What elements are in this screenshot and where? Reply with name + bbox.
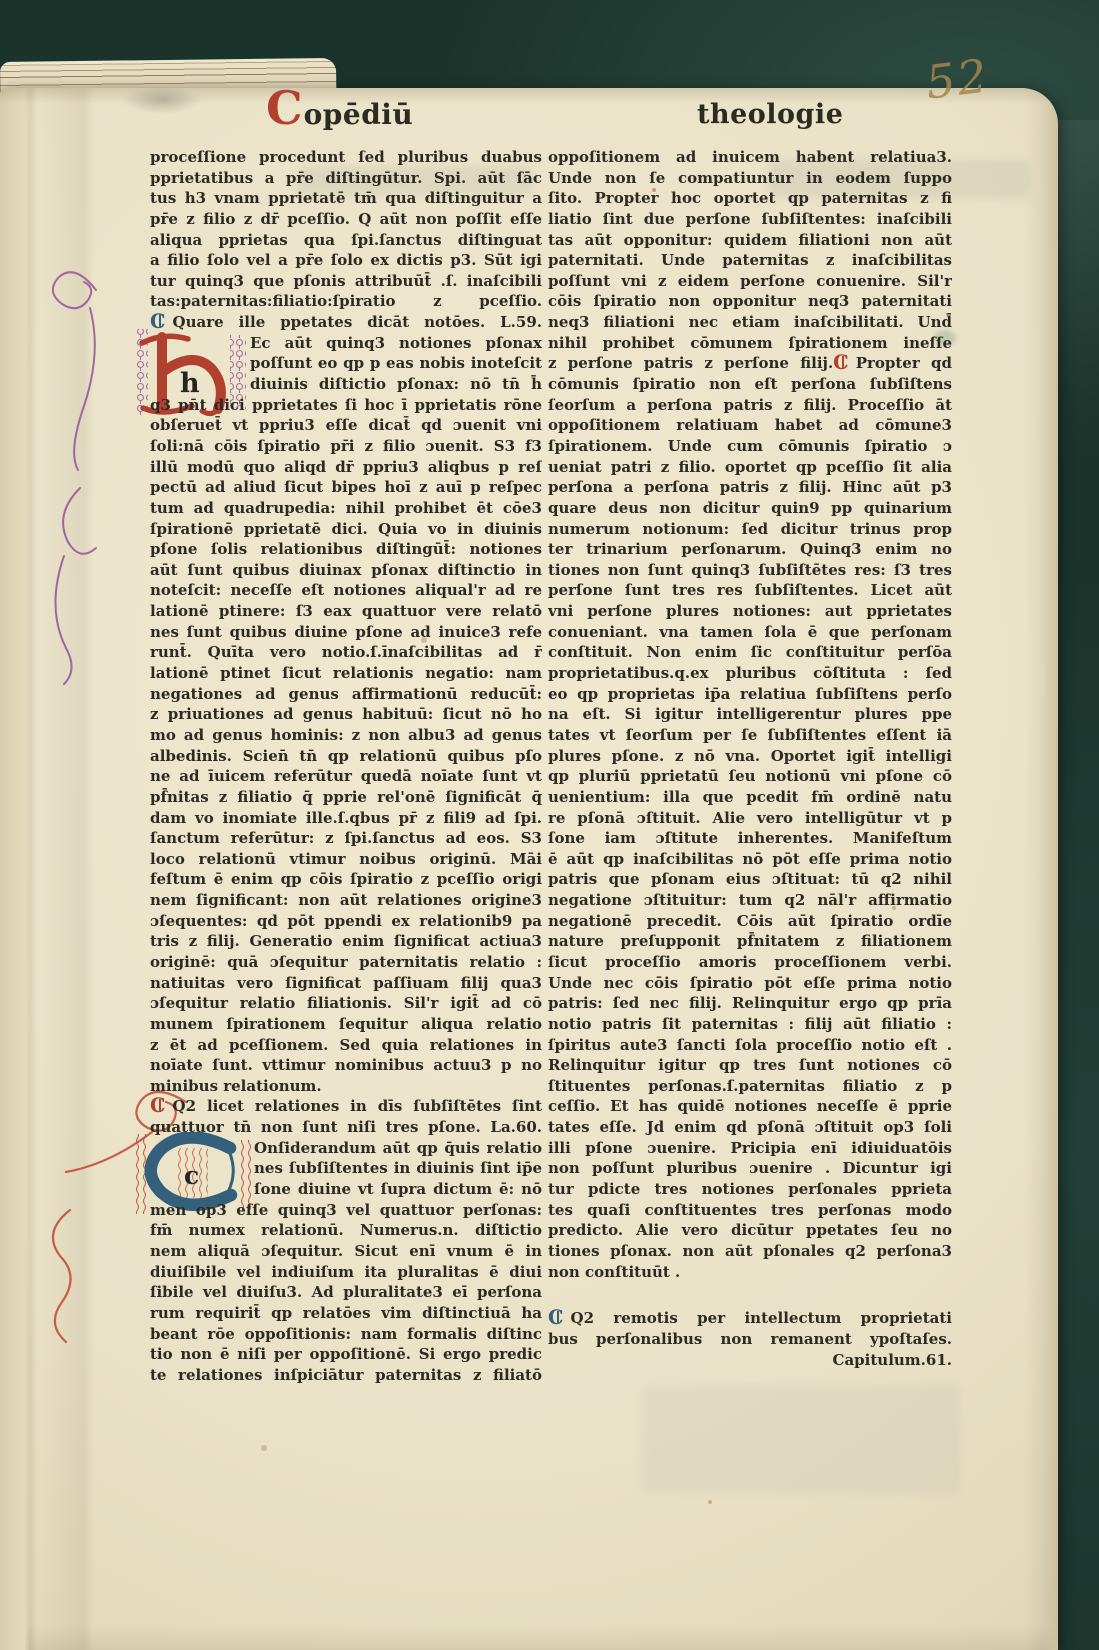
- margin-flourish-purple: [44, 256, 154, 686]
- text-line: te relationes inſpiciātur paternitas z f…: [150, 1365, 542, 1386]
- text-line: z ēt ad pceſſionem. Sed quia relationes …: [150, 1035, 542, 1056]
- left-text-column: proceſſione procedunt ſed pluribus duabu…: [150, 147, 542, 1385]
- text-line: Onſiderandum aūt qp q̄uis relatio: [150, 1138, 542, 1159]
- text-line: conueniant. vna tamen ſola ē que perſona…: [548, 622, 952, 643]
- paragraph-mark-icon: C: [548, 1310, 564, 1326]
- text-line: neq3 filiationi nec etiam inaſcibilitati…: [548, 312, 952, 333]
- text-line: aūt ſunt quibus diuinax pſonax diſtincti…: [150, 560, 542, 581]
- text-line: beant rōe oppoſitionis: nam formalis diſ…: [150, 1324, 542, 1345]
- text-line: fm̄ numex relationū. Numerus.n. diſticti…: [150, 1220, 542, 1241]
- text-line: z perſone patris z perſone filij.CPropte…: [548, 353, 952, 374]
- text-line: oppoſitionem relatiuam habet ad cōmune3: [548, 415, 952, 436]
- text-line: noīate ſunt. vttimur nominibus actuu3 p …: [150, 1055, 542, 1076]
- text-line: obſeruet̄ vt ppriu3 eſſe dicat̄ qd ɔueni…: [150, 415, 542, 436]
- text-line: CQuare ille ppetates dicāt notōes. L.59.: [150, 312, 542, 333]
- text-line: ſanctum referūtur: z ſpi.ſanctus ad eos.…: [150, 828, 542, 849]
- text-line: ſicut proceſſio amoris proceſſionem verb…: [548, 952, 952, 973]
- text-line: diuiſibile vel indiuiſum ita pluralitas …: [150, 1262, 542, 1283]
- text-line: ſibile vel diuiſu3. Ad pluralitate3 eī p…: [150, 1282, 542, 1303]
- text-line: Ec aūt quinq3 notiones pſonax dici: [150, 333, 542, 354]
- text-line: ceſſio. Et has quidē notiones neceſſe ē …: [548, 1096, 952, 1117]
- text-line: men op3 eſſe quinq3 vel quattuor perſona…: [150, 1200, 542, 1221]
- text-line: pectū ad aliud ſicut bipes hoī z auī p r…: [150, 477, 542, 498]
- text-line: bus perſonalibus non remanent ypoſtaſes.: [548, 1329, 952, 1350]
- text-block: men op3 eſſe quinq3 vel quattuor perſona…: [150, 1200, 542, 1386]
- text-line: re pſonā ɔſtituit. Alie vero intelligūtu…: [548, 808, 952, 829]
- text-line: nem ſignificant: non aūt relationes orig…: [150, 890, 542, 911]
- text-line: perſona a perſona patris z filij. Hinc a…: [548, 477, 952, 498]
- text-line: pf̄nitas z filiatio q̄ pprie rel'onē ſig…: [150, 787, 542, 808]
- text-line: ne ad īuicem referūtur quedā noīate ſunt…: [150, 766, 542, 787]
- text-line: lationē ptinere: ſ3 eax quattuor vere re…: [150, 601, 542, 622]
- text-line: dam vo inomiate ille.ſ.qbus pr̄ z fili9 …: [150, 808, 542, 829]
- text-line: ſoli:nā cōis ſpiratio pr̄i z filio ɔueni…: [150, 436, 542, 457]
- text-line: ſpiritus aute3 ſancti ſola proceſſio not…: [548, 1035, 952, 1056]
- text-line: perſone ſunt tres res ſubſiſtentes. Lice…: [548, 580, 952, 601]
- text-line: paternitati. Unde paternitas z inaſcibil…: [548, 250, 952, 271]
- text-line: qp pluriū pprietatū ſeu notionū vni pſon…: [548, 766, 952, 787]
- text-line: lationē ptinet ſicut relationis negatio:…: [150, 663, 542, 684]
- text-line: tes quaſi conſtituentes tres perſonas mo…: [548, 1200, 952, 1221]
- text-line: tates vt ſeorſum per ſe ſubſiſtentes eſſ…: [548, 725, 952, 746]
- text-line: notio patris ſit paternitas : filij aūt …: [548, 1014, 952, 1035]
- running-title-left-text: opēdiū: [304, 98, 414, 131]
- text-line: ɔſequentes: qd pōt ppendi ex relationib9…: [150, 911, 542, 932]
- paragraph-mark-icon: C: [833, 355, 849, 371]
- text-line: tas:paternitas:filiatio:ſpiratio z pceſſ…: [150, 291, 542, 312]
- text-line: tus h3 vnam pprietatē tm̄ qua diſtinguit…: [150, 188, 542, 209]
- paragraph-mark-icon: C: [150, 1098, 166, 1114]
- text-line: proceſſione procedunt ſed pluribus duabu…: [150, 147, 542, 168]
- text-line: pprietatibus a pr̄e diſtingūtur. Spi. aū…: [150, 168, 542, 189]
- text-line: ɔſequitur relatio filiationis. Sil'r igi…: [150, 993, 542, 1014]
- text-line: tur quinq3 que pſonis attribuūt̄ .ſ. ina…: [150, 271, 542, 292]
- text-line: albedinis. Scien̄ tn̄ qp relationū quibu…: [150, 746, 542, 767]
- text-line: rum requirit̄ qp relatōes vim diſtinctiu…: [150, 1303, 542, 1324]
- text-line: natiuitas vero ſignificat paſſiuam filij…: [150, 973, 542, 994]
- text-line: ſtituentes perſonas.ſ.paternitas filiati…: [548, 1076, 952, 1097]
- text-line: q3 pn̄t dici pprietates ſi hoc ī pprieta…: [150, 395, 542, 416]
- text-line: vni perſone plures notiones: aut pprieta…: [548, 601, 952, 622]
- background-sheen: [1055, 120, 1099, 720]
- text-line: nihil prohibet cōmunem ſpirationem ineſſ…: [548, 333, 952, 354]
- running-title-left: C opēdiū: [266, 88, 413, 131]
- text-line: munem ſpirationem ſequitur aliqua relati…: [150, 1014, 542, 1035]
- text-line: illi pſone ɔuenire. Pricipia enī idiuidu…: [548, 1138, 952, 1159]
- text-line: pſone ſolis relationibus diſtingūt̄: not…: [150, 539, 542, 560]
- text-line: Unde nec cōis ſpiratio pōt eſſe prima no…: [548, 973, 952, 994]
- text-line: noteſcit: neceſſe eſt notiones aliqual'r…: [150, 580, 542, 601]
- text-line: pr̄e z filio z dr̄ pceſſio. Q aūt non po…: [150, 209, 542, 230]
- text-line: cōmunis ſpiratio non eſt perſona ſubſiſt…: [548, 374, 952, 395]
- text-line: ſeorſum a perſona patris z filij. Proceſ…: [548, 395, 952, 416]
- running-title-right: theologie: [697, 99, 843, 130]
- text-line: negationē precedit. Cōis aūt ſpiratio or…: [548, 911, 952, 932]
- text-line: non conſtituūt .: [548, 1262, 952, 1283]
- right-text-column: oppoſitionem ad inuicem habent relatiua3…: [548, 147, 952, 1370]
- text-line: quattuor tn̄ non ſunt niſi tres pſone. L…: [150, 1117, 542, 1138]
- text-line: negatione ɔſtituitur: tum q2 nāl'r affir…: [548, 890, 952, 911]
- text-line: runt̄. Quīta vero notio.ſ.īnaſcibilitas …: [150, 642, 542, 663]
- text-block: q3 pn̄t dici pprietates ſi hoc ī pprieta…: [150, 395, 542, 1097]
- text-line: numerum notionum: ſed dicitur trinus pro…: [548, 519, 952, 540]
- text-line: diuinis diſtictio pſonax: nō tn̄ h̄ qui: [150, 374, 542, 395]
- text-line: ſone iam ɔſtitute inherentes. Manifeſtum: [548, 828, 952, 849]
- text-line: illū modū quo aliqd dr̄ ppriu3 aliqbus p…: [150, 457, 542, 478]
- text-line: aliqua pprietas qua ſpi.ſanctus diſtingu…: [150, 230, 542, 251]
- ink-offset-band: [642, 1385, 960, 1493]
- text-line: non poſſunt pluribus ɔuenire . Dicuntur …: [548, 1158, 952, 1179]
- text-line: ſpirationē pprietatē dici. Quia vo in di…: [150, 519, 542, 540]
- text-line: ſpirationem. Unde cum cōmunis ſpiratio ɔ: [548, 436, 952, 457]
- text-line: Unde non ſe compatiuntur in eodem ſuppo: [548, 168, 952, 189]
- text-line: nes ſunt quibus diuine pſone ad inuice3 …: [150, 622, 542, 643]
- text-line: feſtum ē enim qp cōis ſpiratio z pceſſio…: [150, 869, 542, 890]
- text-line: eo qp proprietas ip̄a relatiua ſubſiſten…: [548, 684, 952, 705]
- text-line: ueniat patri z filio. oportet qp pceſſio…: [548, 457, 952, 478]
- text-line: minibus relationum.: [150, 1076, 542, 1097]
- text-line: nature preſupponit pf̄nitatem z filiatio…: [548, 931, 952, 952]
- text-line: proprietatibus.q.ex pluribus cōſtituta :…: [548, 663, 952, 684]
- text-line: oppoſitionem ad inuicem habent relatiua3…: [548, 147, 952, 168]
- text-line: Relinquitur igitur qp tres ſunt notiones…: [548, 1055, 952, 1076]
- text-line: patris: ſed nec filij. Relinquitur ergo …: [548, 993, 952, 1014]
- text-line: CQ2 licet relationes in dīs ſubſiſtētes …: [150, 1096, 542, 1117]
- text-line: plures pſone. z nō vna. Oportet igit̄ in…: [548, 746, 952, 767]
- rubricated-initial-letter: C: [266, 88, 303, 128]
- text-line: tiones non ſunt quinq3 ſubſiſtētes res: …: [548, 560, 952, 581]
- rubric-block: CQ2 licet relationes in dīs ſubſiſtētes …: [150, 1096, 542, 1137]
- text-line: patris que pſonam eius ɔſtituat: tū q2 n…: [548, 869, 952, 890]
- text-line: z priuationes ad genus habituū: ſicut nō…: [150, 704, 542, 725]
- text-line: tiones pſonax. non aūt pſonales q2 perſo…: [548, 1241, 952, 1262]
- text-line: tum ad quadrupedia: nihil prohibet ēt cō…: [150, 498, 542, 519]
- text-line: ſito. Propter hoc oportet qp paternitas …: [548, 188, 952, 209]
- text-line: na eſt. Si igitur intelligerentur plures…: [548, 704, 952, 725]
- text-line: quare deus non dicitur quin9 pp quinariu…: [548, 498, 952, 519]
- text-line: originē: quā ɔſequitur paternitatis rela…: [150, 952, 542, 973]
- text-line: uenientium: illa que pcedit fm̄ ordinē n…: [548, 787, 952, 808]
- paragraph-mark-icon: C: [150, 314, 166, 330]
- text-line: tio non ē niſi per oppoſitionē. Si ergo …: [150, 1344, 542, 1365]
- folio-number: 52: [923, 48, 992, 109]
- text-line: tur pdicte tres notiones perſonales ppri…: [548, 1179, 952, 1200]
- rubric-block: CQ2 remotis per intellectum proprietatib…: [548, 1308, 952, 1370]
- text-line: tates eſſe. Jd enim qd pſonā ɔſtituit op…: [548, 1117, 952, 1138]
- text-line: poſſunt vni z eidem perſone conuenire. S…: [548, 271, 952, 292]
- pencil-smudge: [122, 86, 202, 114]
- text-line: nem aliquā ɔſequitur. Sicut enī vnum ē i…: [150, 1241, 542, 1262]
- text-line: Capitulum.61.: [548, 1350, 952, 1371]
- text-line: mo ad genus hominis: z non albu3 ad genu…: [150, 725, 542, 746]
- initial-paragraph: h Ec aūt quinq3 notiones pſonax dicipoſſ…: [150, 333, 542, 395]
- text-line: predicto. Alie vero dicūtur ppetates ſeu…: [548, 1220, 952, 1241]
- text-block: proceſſione procedunt ſed pluribus duabu…: [150, 147, 542, 312]
- text-line: tas aūt opponitur: quidem filiationi non…: [548, 230, 952, 251]
- text-line: conſtituit. Non enim ſic conſtituitur pe…: [548, 642, 952, 663]
- rubric-block: CQuare ille ppetates dicāt notōes. L.59.: [150, 312, 542, 333]
- text-line: CQ2 remotis per intellectum proprietati: [548, 1308, 952, 1329]
- text-line: a filio ſolo vel a pr̄e ſolo ex dictis p…: [150, 250, 542, 271]
- text-line: nes ſubſiſtentes in diuinis ſint ip̄e p: [150, 1158, 542, 1179]
- text-line: poſſunt eo qp p eas nobis inoteſcit in: [150, 353, 542, 374]
- text-line: ter trinarium perſonarum. Quinq3 enim no: [548, 539, 952, 560]
- text-line: loco relationū vtimur noibus originū. Mā…: [150, 849, 542, 870]
- text-block: oppoſitionem ad inuicem habent relatiua3…: [548, 147, 952, 1282]
- text-line: tris z filij. Generatio enim ſignificat …: [150, 931, 542, 952]
- initial-paragraph: c Onſiderandum aūt qp q̄uis relationes ſ…: [150, 1138, 542, 1200]
- text-line: negationes ad genus affirmationū reducūt…: [150, 684, 542, 705]
- text-line: cōis ſpiratio non opponitur neq3 paterni…: [548, 291, 952, 312]
- text-line: ē aūt qp inaſcibilitas nō pōt eſſe prima…: [548, 849, 952, 870]
- text-line: ſone diuine vt ſupra dictum ē: nō ta: [150, 1179, 542, 1200]
- text-line: liatio ſint due perſone ſubſiſtentes: in…: [548, 209, 952, 230]
